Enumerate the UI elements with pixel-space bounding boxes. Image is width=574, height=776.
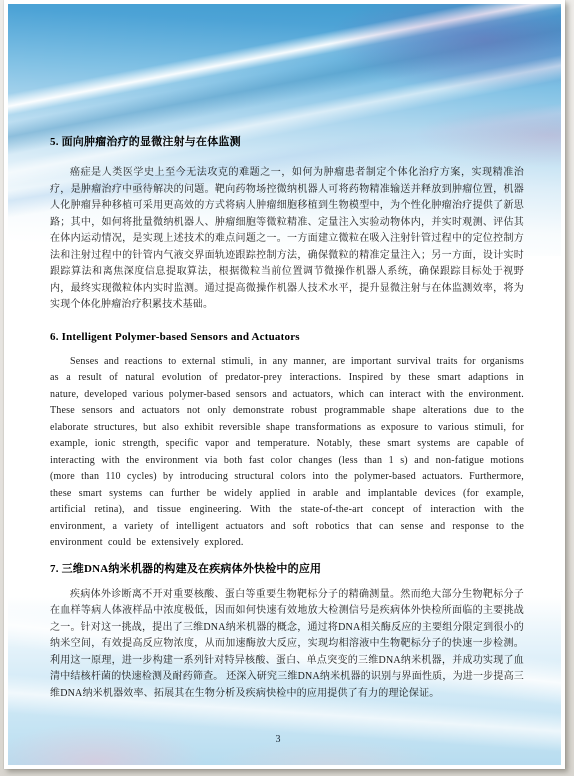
section-microinjection: 5. 面向肿瘤治疗的显微注射与在体监测 癌症是人类医学史上至今无法攻克的难题之一…	[50, 135, 524, 314]
section-5-heading: 5. 面向肿瘤治疗的显微注射与在体监测	[50, 135, 524, 150]
page-number: 3	[4, 734, 552, 745]
document-page: 5. 面向肿瘤治疗的显微注射与在体监测 癌症是人类医学史上至今无法攻克的难题之一…	[4, 0, 565, 769]
section-7-paragraph: 疾病体外诊断离不开对重要核酸、蛋白等重要生物靶标分子的精确测量。然而绝大部分生物…	[50, 587, 524, 703]
section-6-paragraph: Senses and reactions to external stimuli…	[50, 354, 524, 552]
page-content: 5. 面向肿瘤治疗的显微注射与在体监测 癌症是人类医学史上至今无法攻克的难题之一…	[50, 0, 524, 702]
section-7-heading: 7. 三维DNA纳米机器的构建及在疾病体外快检中的应用	[50, 562, 524, 577]
section-polymer-sensors: 6. Intelligent Polymer-based Sensors and…	[50, 330, 524, 552]
section-6-heading: 6. Intelligent Polymer-based Sensors and…	[50, 330, 524, 345]
section-dna-nanomachine: 7. 三维DNA纳米机器的构建及在疾病体外快检中的应用 疾病体外诊断离不开对重要…	[50, 562, 524, 703]
section-5-paragraph: 癌症是人类医学史上至今无法攻克的难题之一，如何为肿瘤患者制定个体化治疗方案，实现…	[50, 165, 524, 314]
